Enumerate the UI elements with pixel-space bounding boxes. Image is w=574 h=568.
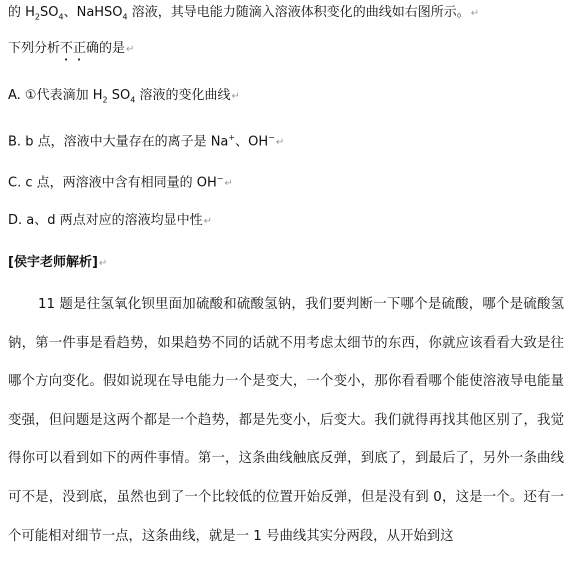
analysis-paragraph: 11 题是往氢氧化钡里面加硫酸和硫酸氢钠，我们要判断一下哪个是硫酸，哪个是硫酸氢…: [8, 286, 564, 556]
option-label: A.: [8, 88, 21, 103]
option-text: b 点，溶液中大量存在的离子是 Na: [21, 134, 228, 149]
question-line: 下列分析不正确的是↵: [8, 40, 134, 64]
option-text: c 点，两溶液中含有相同量的 OH: [21, 175, 217, 190]
option-text: 溶液的变化曲线: [135, 88, 230, 103]
option-c: C. c 点，两溶液中含有相同量的 OH−↵: [8, 170, 233, 193]
paragraph-mark-icon: ↵: [204, 216, 212, 227]
paragraph-mark-icon: ↵: [224, 178, 232, 189]
paragraph-mark-icon: ↵: [471, 8, 479, 19]
option-text: 、OH: [235, 134, 268, 149]
emphasized-text: 不正: [60, 41, 86, 56]
analysis-heading: [侯宇老师解析]↵: [8, 254, 107, 273]
option-d: D. a、d 两点对应的溶液均显中性↵: [8, 212, 212, 231]
intro-text: 、NaHSO: [64, 5, 123, 20]
intro-text: 溶液，其导电能力随滴入溶液体积变化的曲线如右图所示。: [128, 5, 470, 20]
paragraph-mark-icon: ↵: [276, 137, 284, 148]
option-text: a、d 两点对应的溶液均显中性: [22, 213, 202, 228]
superscript: −: [217, 174, 224, 183]
superscript: −: [268, 133, 275, 142]
intro-line: 的 H2SO4、NaHSO4 溶液，其导电能力随滴入溶液体积变化的曲线如右图所示…: [8, 4, 479, 27]
option-text: ①代表滴加 H: [21, 88, 103, 103]
intro-text: SO: [40, 5, 58, 20]
option-label: C.: [8, 175, 21, 190]
intro-text: 的 H: [8, 5, 35, 20]
paragraph-mark-icon: ↵: [99, 258, 107, 269]
question-text: 确的是: [86, 41, 125, 56]
option-text: SO: [108, 88, 131, 103]
option-label: B.: [8, 134, 21, 149]
paragraph-mark-icon: ↵: [231, 91, 239, 102]
option-a: A. ①代表滴加 H2 SO4 溶液的变化曲线↵: [8, 87, 240, 110]
paragraph-mark-icon: ↵: [126, 44, 134, 55]
option-label: D.: [8, 213, 22, 228]
analysis-heading-text: [侯宇老师解析]: [8, 255, 98, 270]
option-b: B. b 点，溶液中大量存在的离子是 Na+、OH−↵: [8, 129, 284, 152]
question-text: 下列分析: [8, 41, 60, 56]
